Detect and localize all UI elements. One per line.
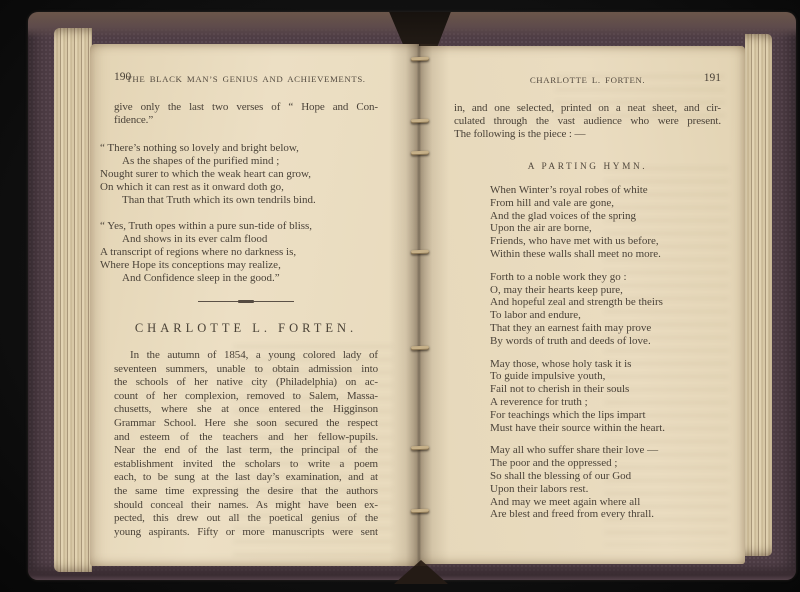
text-line: Than that Truth which its own tendrils b… [100,194,378,207]
book: 190 THE BLACK MAN’S GENIUS AND ACHIEVEME… [28,12,796,580]
text-line: By words of truth and deeds of love. [490,335,721,348]
text-line: count of her complexion, removed to Sale… [114,390,378,404]
text-line: Within these walls shall meet no more. [490,248,721,261]
text-line: In the autumn of 1854, a young colored l… [114,349,378,363]
text-line: Friends, who have met with us before, [490,235,721,248]
text-line: and esteem of the teachers and her fello… [114,431,378,445]
hymn-title: A PARTING HYMN. [454,162,721,172]
text-line: “ There’s nothing so lovely and bright b… [100,142,378,155]
text-line: Forth to a noble work they go : [490,271,721,284]
binding-stitch [411,509,429,514]
text-line: seventeen summers, unable to obtain admi… [114,363,378,377]
text-line: Near the end of the last term, the princ… [114,444,378,458]
poem-stanza: “ There’s nothing so lovely and bright b… [100,142,378,207]
text-line: Nought surer to which the weak heart can… [100,168,378,181]
text-line: in, and one selected, printed on a neat … [454,102,721,115]
hymn-stanza: Forth to a noble work they go :O, may th… [490,271,721,348]
text-line: fidence.” [114,114,378,127]
text-line: That they an earnest faith may prove [490,322,721,335]
text-line: should conceal their names. As might hav… [114,499,378,513]
page-number: 191 [704,72,721,84]
left-page-header: 190 THE BLACK MAN’S GENIUS AND ACHIEVEME… [114,73,378,85]
binding-stitch [411,250,429,255]
binding-stitch [411,57,429,62]
text-line: And Confidence sleep in the good.” [100,272,378,285]
intro-paragraph: in, and one selected, printed on a neat … [454,102,721,141]
text-line: “ Yes, Truth opes within a pure sun-tide… [100,220,378,233]
text-line: As the shapes of the purified mind ; [100,155,378,168]
text-line: From hill and vale are gone, [490,197,721,210]
binding-stitch [411,446,429,451]
text-line: And may we meet again where all [490,496,721,509]
text-line: each, to be sung at the last day’s exami… [114,471,378,485]
text-line: the schools of her native city (Philadel… [114,376,378,390]
text-line: So shall the blessing of our God [490,470,721,483]
text-line: chusetts, where she at once entered the … [114,403,378,417]
hymn-stanza: May those, whose holy task it isTo guide… [490,358,721,435]
text-line: Fail not to cherish in their souls [490,383,721,396]
text-line: pected, this drew out all the poetical g… [114,512,378,526]
text-line: To guide impulsive youth, [490,370,721,383]
hymn-stanza: May all who suffer share their love —The… [490,444,721,521]
binding-stitch [411,346,429,351]
text-line: Upon the air are borne, [490,222,721,235]
text-line: The following is the piece : — [454,128,721,141]
binding-stitch [411,119,429,124]
body-paragraph: In the autumn of 1854, a young colored l… [114,349,378,539]
text-line: And the glad voices of the spring [490,210,721,223]
text-line: give only the last two verses of “ Hope … [114,101,378,114]
text-line: establishment invited the scholars to wr… [114,458,378,472]
right-page: CHARLOTTE L. FORTEN. 191 in, and one sel… [419,46,745,564]
section-divider [114,299,378,304]
right-page-header: CHARLOTTE L. FORTEN. 191 [454,74,721,86]
section-heading: CHARLOTTE L. FORTEN. [114,321,378,336]
intro-paragraph: give only the last two verses of “ Hope … [114,101,378,127]
text-line: On which it can rest as it onward doth g… [100,181,378,194]
text-line: For teachings which the lips impart [490,409,721,422]
text-line: culated through the vast audience who we… [454,115,721,128]
text-line: When Winter’s royal robes of white [490,184,721,197]
text-line: Where Hope its conceptions may realize, [100,259,378,272]
text-line: A transcript of regions where no darknes… [100,246,378,259]
text-line: Are blest and freed from every thrall. [490,508,721,521]
text-line: A reverence for truth ; [490,396,721,409]
binding-stitch [411,151,429,156]
right-page-fore-edges [745,34,772,556]
text-line: Upon their labors rest. [490,483,721,496]
text-line: May those, whose holy task it is [490,358,721,371]
text-line: The poor and the oppressed ; [490,457,721,470]
divider-ornament [198,301,294,302]
text-line: And hopeful zeal and strength be theirs [490,296,721,309]
text-line: O, may their hearts keep pure, [490,284,721,297]
text-line: To labor and endure, [490,309,721,322]
text-line: the same time expressing the desire that… [114,485,378,499]
poem-stanza: “ Yes, Truth opes within a pure sun-tide… [100,220,378,285]
text-line: young aspirants. Fifty or more manuscrip… [114,526,378,540]
running-title: CHARLOTTE L. FORTEN. [530,75,645,85]
text-line: Must have their source within the heart. [490,422,721,435]
left-page-fore-edges [54,28,92,572]
text-line: And shows in its ever calm flood [100,233,378,246]
text-line: Grammar School. Here she soon secured th… [114,417,378,431]
text-line: May all who suffer share their love — [490,444,721,457]
running-title: THE BLACK MAN’S GENIUS AND ACHIEVEMENTS. [126,74,365,84]
hymn-stanza: When Winter’s royal robes of whiteFrom h… [490,184,721,261]
left-page: 190 THE BLACK MAN’S GENIUS AND ACHIEVEME… [90,44,419,566]
